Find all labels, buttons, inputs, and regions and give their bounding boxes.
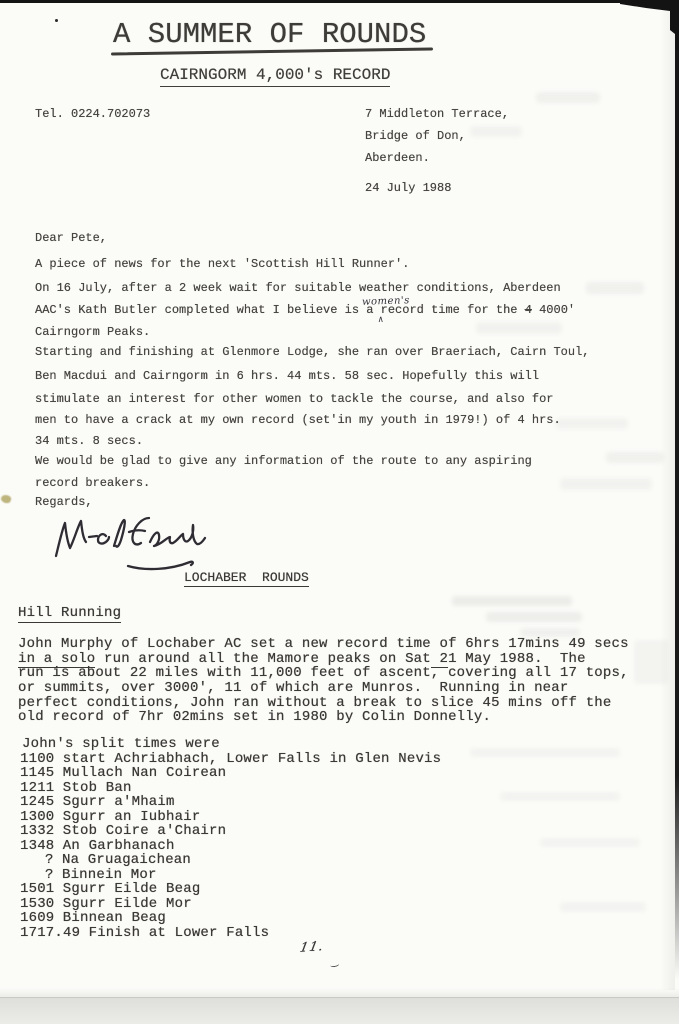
- bleed-through-ghost: [486, 612, 582, 622]
- bleed-through-ghost: [476, 322, 562, 334]
- paper-edge-shadow: [660, 0, 675, 990]
- bleed-through-ghost: [500, 792, 620, 801]
- record-subtitle: CAIRNGORM 4,000's RECORD: [160, 66, 390, 87]
- paragraph-line: 34 mts. 8 secs.: [35, 434, 143, 448]
- split-row: 1145Mullach Nan Coirean: [20, 766, 226, 781]
- paragraph-line: On 16 July, after a 2 week wait for suit…: [35, 281, 561, 295]
- bleed-through-ghost: [556, 418, 628, 429]
- bleed-through-ghost: [470, 126, 522, 137]
- bleed-through-ghost: [586, 282, 644, 294]
- page-title: A SUMMER OF ROUNDS: [113, 18, 426, 51]
- split-time: 1145: [20, 766, 54, 781]
- split-peak: Na Gruagaichean: [62, 852, 191, 868]
- split-peak: Mullach Nan Coirean: [63, 765, 226, 781]
- split-time: 1717.49: [20, 926, 80, 941]
- section-subheading-hill-running: Hill Running: [18, 605, 121, 623]
- split-peak: Finish at Lower Falls: [89, 925, 270, 941]
- line-text: AAC's Kath Butler completed what I belie…: [35, 303, 525, 317]
- split-row: 1717.49Finish at Lower Falls: [20, 926, 269, 941]
- scan-edge-top: [0, 0, 679, 3]
- split-time: 1609: [20, 911, 54, 926]
- split-row: ?Na Gruagaichean: [20, 853, 191, 868]
- split-peak: Binnean Beag: [63, 910, 166, 926]
- address-line: 7 Middleton Terrace,: [365, 107, 509, 121]
- split-row: 1609Binnean Beag: [20, 911, 166, 926]
- telephone-line: Tel. 0224.702073: [35, 107, 150, 121]
- split-time: 1501: [20, 882, 54, 897]
- paragraph-line: stimulate an interest for other women to…: [35, 392, 553, 406]
- bleed-through-ghost: [470, 748, 620, 757]
- bleed-through-ghost: [634, 640, 668, 684]
- paragraph-line: men to have a crack at my own record (se…: [35, 413, 561, 427]
- salutation: Dear Pete,: [35, 231, 107, 245]
- paragraph-line: run is about 22 miles with 11,000 feet o…: [18, 666, 629, 681]
- split-peak: Sgurr a'Mhaim: [63, 794, 175, 810]
- struck-character: 4: [525, 303, 532, 317]
- bleed-through-ghost: [540, 838, 640, 847]
- bleed-through-ghost: [560, 902, 646, 912]
- split-time: ?: [20, 853, 54, 868]
- paragraph-line: or summits, over 3000', 11 of which are …: [18, 681, 569, 696]
- address-line: Bridge of Don,: [365, 129, 466, 143]
- bleed-through-ghost: [452, 596, 572, 606]
- page-bottom-shadow: [0, 988, 679, 997]
- bleed-through-ghost: [560, 478, 652, 490]
- paragraph-line: Cairngorm Peaks.: [35, 325, 150, 339]
- split-row: 1501Sgurr Eilde Beag: [20, 882, 200, 897]
- bleed-through-ghost: [536, 92, 600, 103]
- paragraph-line: A piece of news for the next 'Scottish H…: [35, 257, 409, 271]
- signature-mel-edwards: [50, 510, 215, 574]
- bleed-through-ghost: [606, 452, 664, 463]
- paper-speck: [0, 494, 12, 505]
- line-text: 4000': [532, 303, 575, 317]
- split-peak: Stob Coire a'Chairn: [63, 823, 226, 839]
- split-time: 1245: [20, 795, 54, 810]
- paragraph-line: record breakers.: [35, 476, 150, 490]
- paragraph-line: John Murphy of Lochaber AC set a new rec…: [18, 637, 629, 652]
- section-heading-lochaber-rounds: LOCHABER ROUNDS: [184, 570, 309, 587]
- scan-edge-right: [675, 50, 679, 980]
- paragraph-line: Ben Macdui and Cairngorm in 6 hrs. 44 mt…: [35, 369, 539, 383]
- date-line: 24 July 1988: [365, 181, 451, 195]
- address-line: Aberdeen.: [365, 151, 430, 165]
- split-peak: Sgurr Eilde Beag: [63, 881, 201, 897]
- paragraph-line: AAC's Kath Butler completed what I belie…: [35, 303, 575, 317]
- scanned-letter-page: A SUMMER OF ROUNDS CAIRNGORM 4,000's REC…: [0, 0, 679, 1024]
- paragraph-line: Starting and finishing at Glenmore Lodge…: [35, 345, 590, 359]
- splits-intro: John's split times were: [22, 737, 220, 752]
- paragraph-line: old record of 7hr 02mins set in 1980 by …: [18, 710, 491, 725]
- pen-tick-mark: [330, 961, 340, 967]
- closing: Regards,: [35, 495, 93, 509]
- paragraph-line: We would be glad to give any information…: [35, 454, 532, 468]
- page-number-handwritten: 11.: [298, 939, 325, 956]
- split-row: 1245Sgurr a'Mhaim: [20, 795, 175, 810]
- next-page-edge: [0, 997, 679, 1024]
- split-row: 1332Stob Coire a'Chairn: [20, 824, 226, 839]
- ink-speck-dot: [55, 19, 58, 22]
- split-time: 1332: [20, 824, 54, 839]
